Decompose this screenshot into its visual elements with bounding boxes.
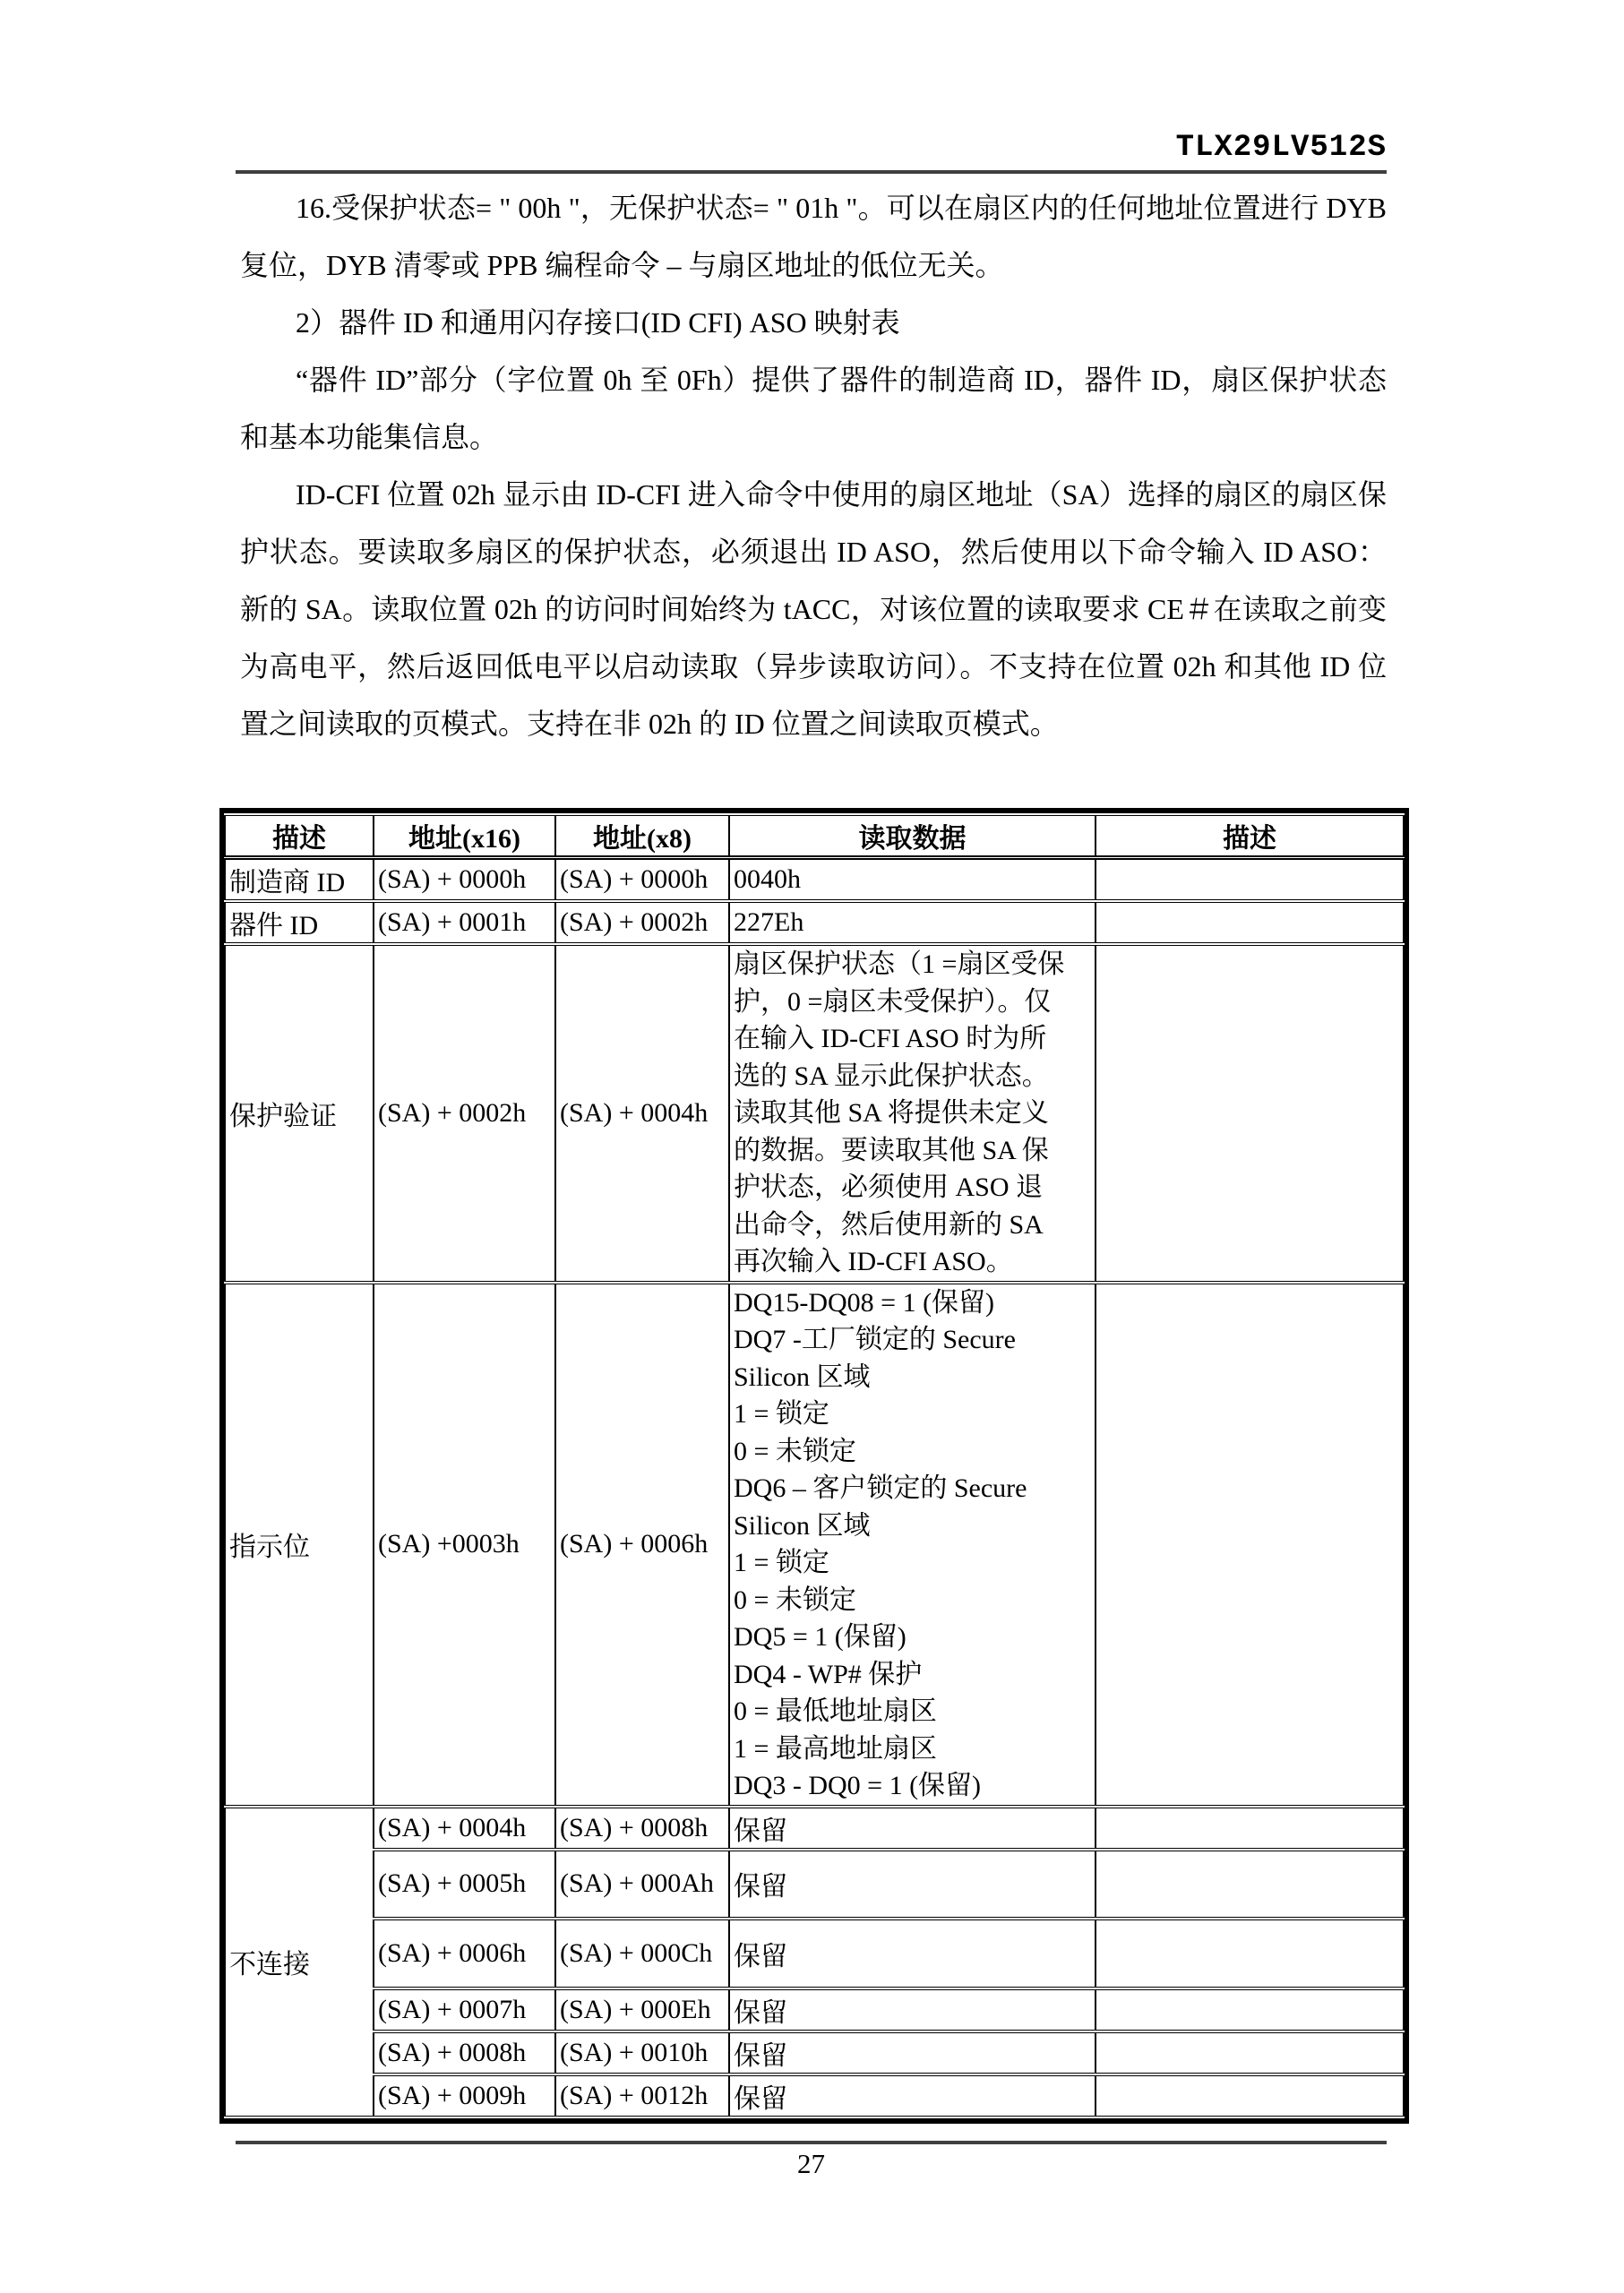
table-row-nc-0004: 不连接 (SA) + 0004h (SA) + 0008h 保留 xyxy=(225,1807,1404,1850)
manufacturer-addr16-cell: (SA) + 0000h xyxy=(374,858,555,902)
nc-0004-addr8-cell: (SA) + 0008h xyxy=(555,1807,729,1850)
nc-0009-addr16-cell: (SA) + 0009h xyxy=(374,2074,555,2117)
device-desc-cell: 器件 ID xyxy=(225,901,374,944)
nc-0006-desc2-cell xyxy=(1096,1919,1404,1988)
paragraph-section-2-title: 2）器件 ID 和通用闪存接口(ID CFI) ASO 映射表 xyxy=(240,294,1387,351)
indicator-desc2-cell xyxy=(1096,1283,1404,1807)
device-addr16-cell: (SA) + 0001h xyxy=(374,901,555,944)
nc-0006-data-cell: 保留 xyxy=(729,1919,1096,1988)
indicator-desc-cell: 指示位 xyxy=(225,1283,374,1807)
nc-0008-data-cell: 保留 xyxy=(729,2031,1096,2074)
manufacturer-data-cell: 0040h xyxy=(729,858,1096,902)
device-data-cell: 227Eh xyxy=(729,901,1096,944)
indicator-data-cell: DQ15-DQ08 = 1 (保留) DQ7 -工厂锁定的 Secure Sil… xyxy=(729,1283,1096,1807)
header-addr-x16: 地址(x16) xyxy=(374,814,555,858)
table-header-row: 描述 地址(x16) 地址(x8) 读取数据 描述 xyxy=(225,814,1404,858)
nc-0005-desc2-cell xyxy=(1096,1850,1404,1919)
table-row-manufacturer-id: 制造商 ID (SA) + 0000h (SA) + 0000h 0040h xyxy=(225,858,1404,902)
table-row-nc-0008: (SA) + 0008h (SA) + 0010h 保留 xyxy=(225,2031,1404,2074)
doc-number: TLX29LV512S xyxy=(1176,131,1387,165)
manufacturer-desc-cell: 制造商 ID xyxy=(225,858,374,902)
paragraph-note-16: 16.受保护状态= " 00h "，无保护状态= " 01h "。可以在扇区内的… xyxy=(240,179,1387,294)
nc-0007-addr8-cell: (SA) + 000Eh xyxy=(555,1988,729,2031)
protect-verify-addr16-cell: (SA) + 0002h xyxy=(374,944,555,1283)
table-row-nc-0006: (SA) + 0006h (SA) + 000Ch 保留 xyxy=(225,1919,1404,1988)
device-desc2-cell xyxy=(1096,901,1404,944)
device-addr8-cell: (SA) + 0002h xyxy=(555,901,729,944)
nc-0007-data-cell: 保留 xyxy=(729,1988,1096,2031)
manufacturer-desc2-cell xyxy=(1096,858,1404,902)
manufacturer-addr8-cell: (SA) + 0000h xyxy=(555,858,729,902)
indicator-addr8-cell: (SA) + 0006h xyxy=(555,1283,729,1807)
protect-verify-addr8-cell: (SA) + 0004h xyxy=(555,944,729,1283)
datasheet-page: TLX29LV512S 16.受保护状态= " 00h "，无保护状态= " 0… xyxy=(0,0,1624,2293)
table-row-protect-verify: 保护验证 (SA) + 0002h (SA) + 0004h 扇区保护状态（1 … xyxy=(225,944,1404,1283)
not-connected-label-cell: 不连接 xyxy=(225,1807,374,2117)
nc-0009-desc2-cell xyxy=(1096,2074,1404,2117)
header-desc2: 描述 xyxy=(1096,814,1404,858)
header-read-data: 读取数据 xyxy=(729,814,1096,858)
paragraph-device-id: “器件 ID”部分（字位置 0h 至 0Fh）提供了器件的制造商 ID，器件 I… xyxy=(240,351,1387,466)
header-desc: 描述 xyxy=(225,814,374,858)
id-cfi-map-table: 描述 地址(x16) 地址(x8) 读取数据 描述 制造商 ID (SA) + … xyxy=(219,808,1409,2124)
nc-0006-addr16-cell: (SA) + 0006h xyxy=(374,1919,555,1988)
nc-0008-addr16-cell: (SA) + 0008h xyxy=(374,2031,555,2074)
nc-0004-desc2-cell xyxy=(1096,1807,1404,1850)
paragraph-id-cfi: ID-CFI 位置 02h 显示由 ID-CFI 进入命令中使用的扇区地址（SA… xyxy=(240,466,1387,752)
table-row-nc-0009: (SA) + 0009h (SA) + 0012h 保留 xyxy=(225,2074,1404,2117)
nc-0005-addr16-cell: (SA) + 0005h xyxy=(374,1850,555,1919)
nc-0004-addr16-cell: (SA) + 0004h xyxy=(374,1807,555,1850)
nc-0009-addr8-cell: (SA) + 0012h xyxy=(555,2074,729,2117)
nc-0007-desc2-cell xyxy=(1096,1988,1404,2031)
nc-0005-addr8-cell: (SA) + 000Ah xyxy=(555,1850,729,1919)
nc-0008-desc2-cell xyxy=(1096,2031,1404,2074)
header-rule xyxy=(236,170,1387,174)
page-number: 27 xyxy=(236,2148,1387,2180)
protect-verify-desc-cell: 保护验证 xyxy=(225,944,374,1283)
protect-verify-data-cell: 扇区保护状态（1 =扇区受保 护，0 =扇区未受保护）。仅 在输入 ID-CFI… xyxy=(729,944,1096,1283)
table-row-nc-0005: (SA) + 0005h (SA) + 000Ah 保留 xyxy=(225,1850,1404,1919)
table-row-indicator-bits: 指示位 (SA) +0003h (SA) + 0006h DQ15-DQ08 =… xyxy=(225,1283,1404,1807)
body-text: 16.受保护状态= " 00h "，无保护状态= " 01h "。可以在扇区内的… xyxy=(240,179,1387,752)
nc-0007-addr16-cell: (SA) + 0007h xyxy=(374,1988,555,2031)
nc-0006-addr8-cell: (SA) + 000Ch xyxy=(555,1919,729,1988)
nc-0005-data-cell: 保留 xyxy=(729,1850,1096,1919)
protect-verify-desc2-cell xyxy=(1096,944,1404,1283)
footer-rule xyxy=(236,2141,1387,2144)
header-addr-x8: 地址(x8) xyxy=(555,814,729,858)
nc-0004-data-cell: 保留 xyxy=(729,1807,1096,1850)
table-row-device-id: 器件 ID (SA) + 0001h (SA) + 0002h 227Eh xyxy=(225,901,1404,944)
nc-0008-addr8-cell: (SA) + 0010h xyxy=(555,2031,729,2074)
nc-0009-data-cell: 保留 xyxy=(729,2074,1096,2117)
table-row-nc-0007: (SA) + 0007h (SA) + 000Eh 保留 xyxy=(225,1988,1404,2031)
indicator-addr16-cell: (SA) +0003h xyxy=(374,1283,555,1807)
